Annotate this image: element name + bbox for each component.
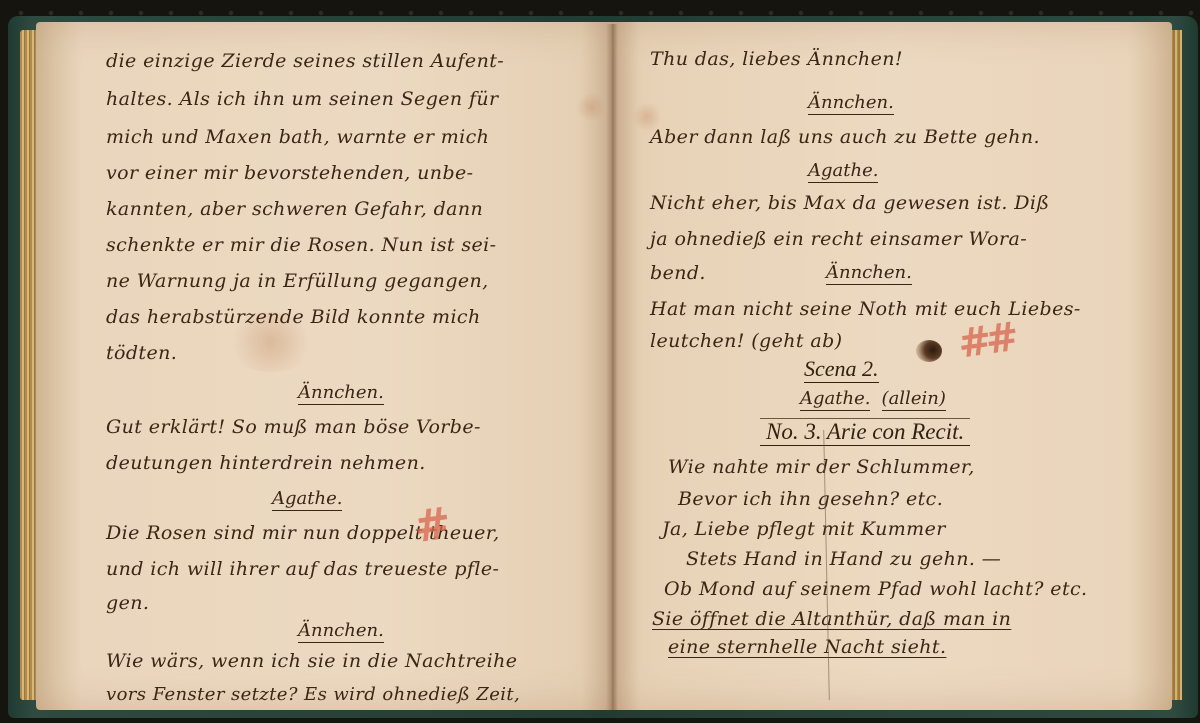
manuscript-line: mich und Maxen bath, warnte er mich <box>106 126 489 148</box>
manuscript-line: kannten, aber schweren Gefahr, dann <box>106 198 483 220</box>
manuscript-line: das herabstürzende Bild konnte mich <box>106 306 481 328</box>
manuscript-line: schenkte er mir die Rosen. Nun ist sei- <box>106 234 496 256</box>
ink-blot <box>916 340 942 362</box>
scene-subtitle: Agathe. (allein) <box>800 388 946 409</box>
speaker-label-agathe: Agathe. <box>808 160 878 183</box>
speaker-label-annchen: Ännchen. <box>298 382 384 405</box>
book-gutter <box>606 24 618 710</box>
aria-line: Wie nahte mir der Schlummer, <box>668 456 975 478</box>
red-crayon-hash-mark: # <box>411 498 455 554</box>
speaker-label-agathe: Agathe. <box>272 488 342 511</box>
manuscript-line: haltes. Als ich ihn um seinen Segen für <box>106 88 499 110</box>
scene-character-name: Agathe. <box>800 388 870 411</box>
speaker-label-annchen: Ännchen. <box>808 92 894 115</box>
manuscript-line: tödten. <box>106 342 177 364</box>
manuscript-line: vors Fenster setzte? Es wird ohnedieß Ze… <box>106 684 520 705</box>
aria-line: Stets Hand in Hand zu gehn. — <box>686 548 1001 570</box>
left-page: die einzige Zierde seines stillen Aufent… <box>36 22 616 710</box>
manuscript-line: gen. <box>106 592 149 614</box>
manuscript-line: vor einer mir bevorstehenden, unbe- <box>106 162 473 184</box>
manuscript-line: leutchen! (geht ab) <box>650 330 842 352</box>
aria-line: Bevor ich ihn gesehn? etc. <box>678 488 943 510</box>
scene-title: Scena 2. <box>804 356 879 383</box>
aria-number-title: No. 3. Arie con Recit. <box>760 418 970 446</box>
manuscript-line: Nicht eher, bis Max da gewesen ist. Diß <box>650 192 1049 214</box>
manuscript-line: Hat man nicht seine Noth mit euch Liebes… <box>650 298 1081 320</box>
manuscript-line: Wie wärs, wenn ich sie in die Nachtreihe <box>106 650 517 672</box>
manuscript-line: Thu das, liebes Ännchen! <box>650 48 903 70</box>
manuscript-line: und ich will ihrer auf das treueste pfle… <box>106 558 499 580</box>
right-page: Thu das, liebes Ännchen! Ännchen. Aber d… <box>612 22 1172 710</box>
manuscript-line: bend. <box>650 262 706 284</box>
stage-direction-line: Sie öffnet die Altanthür, daß man in <box>652 608 1011 630</box>
manuscript-line: Aber dann laß uns auch zu Bette gehn. <box>650 126 1040 148</box>
manuscript-line: ja ohnedieß ein recht einsamer Wora- <box>650 228 1027 250</box>
manuscript-line: die einzige Zierde seines stillen Aufent… <box>106 50 504 72</box>
scene-stage-direction: (allein) <box>882 388 946 411</box>
speaker-label-annchen: Ännchen. <box>826 262 912 285</box>
manuscript-line: deutungen hinterdrein nehmen. <box>106 452 426 474</box>
paper-stain <box>576 92 606 122</box>
stage-direction-line: eine sternhelle Nacht sieht. <box>668 636 946 658</box>
aria-line: Ob Mond auf seinem Pfad wohl lacht? etc. <box>664 578 1087 600</box>
aria-line: Ja, Liebe pflegt mit Kummer <box>662 518 946 540</box>
speaker-label-annchen: Ännchen. <box>298 620 384 643</box>
manuscript-line: Gut erklärt! So muß man böse Vorbe- <box>106 416 481 438</box>
manuscript-line: ne Warnung ja in Erfüllung gegangen, <box>106 270 489 292</box>
red-crayon-double-hash-mark: ## <box>955 314 1016 367</box>
open-book: die einzige Zierde seines stillen Aufent… <box>8 16 1198 718</box>
